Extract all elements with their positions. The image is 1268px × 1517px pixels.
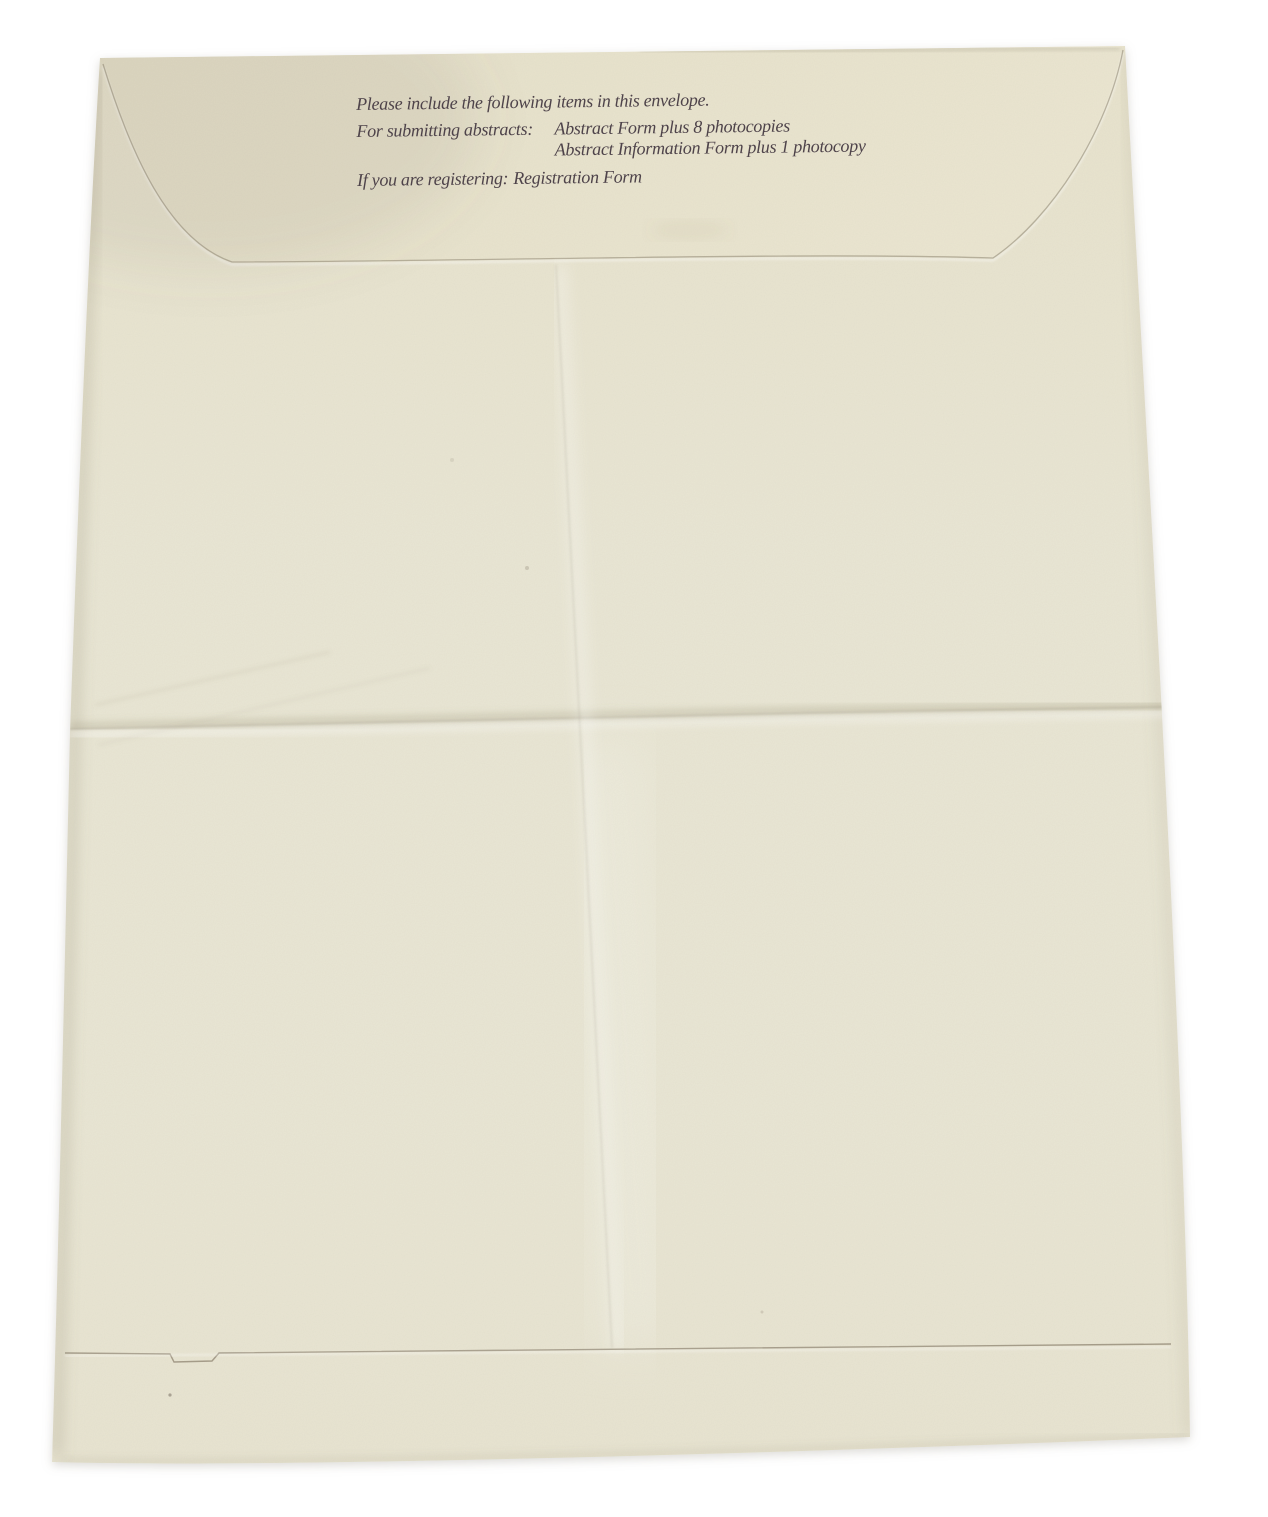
photo-background: Please include the following items in th… [0,0,1268,1517]
envelope-photo [0,0,1268,1517]
instruction-line-3-value: Abstract Information Form plus 1 photoco… [555,136,866,160]
paper-grain-texture [52,46,1190,1463]
instruction-line-2-value: Abstract Form plus 8 photocopies [554,116,790,139]
instruction-line-4-label: If you are registering: [357,168,508,190]
instruction-line-2-label: For submitting abstracts: [356,119,554,141]
printed-instructions: Please include the following items in th… [356,86,1017,190]
instruction-line-3-indent [357,140,555,162]
instruction-line-4-value: Registration Form [513,166,642,188]
